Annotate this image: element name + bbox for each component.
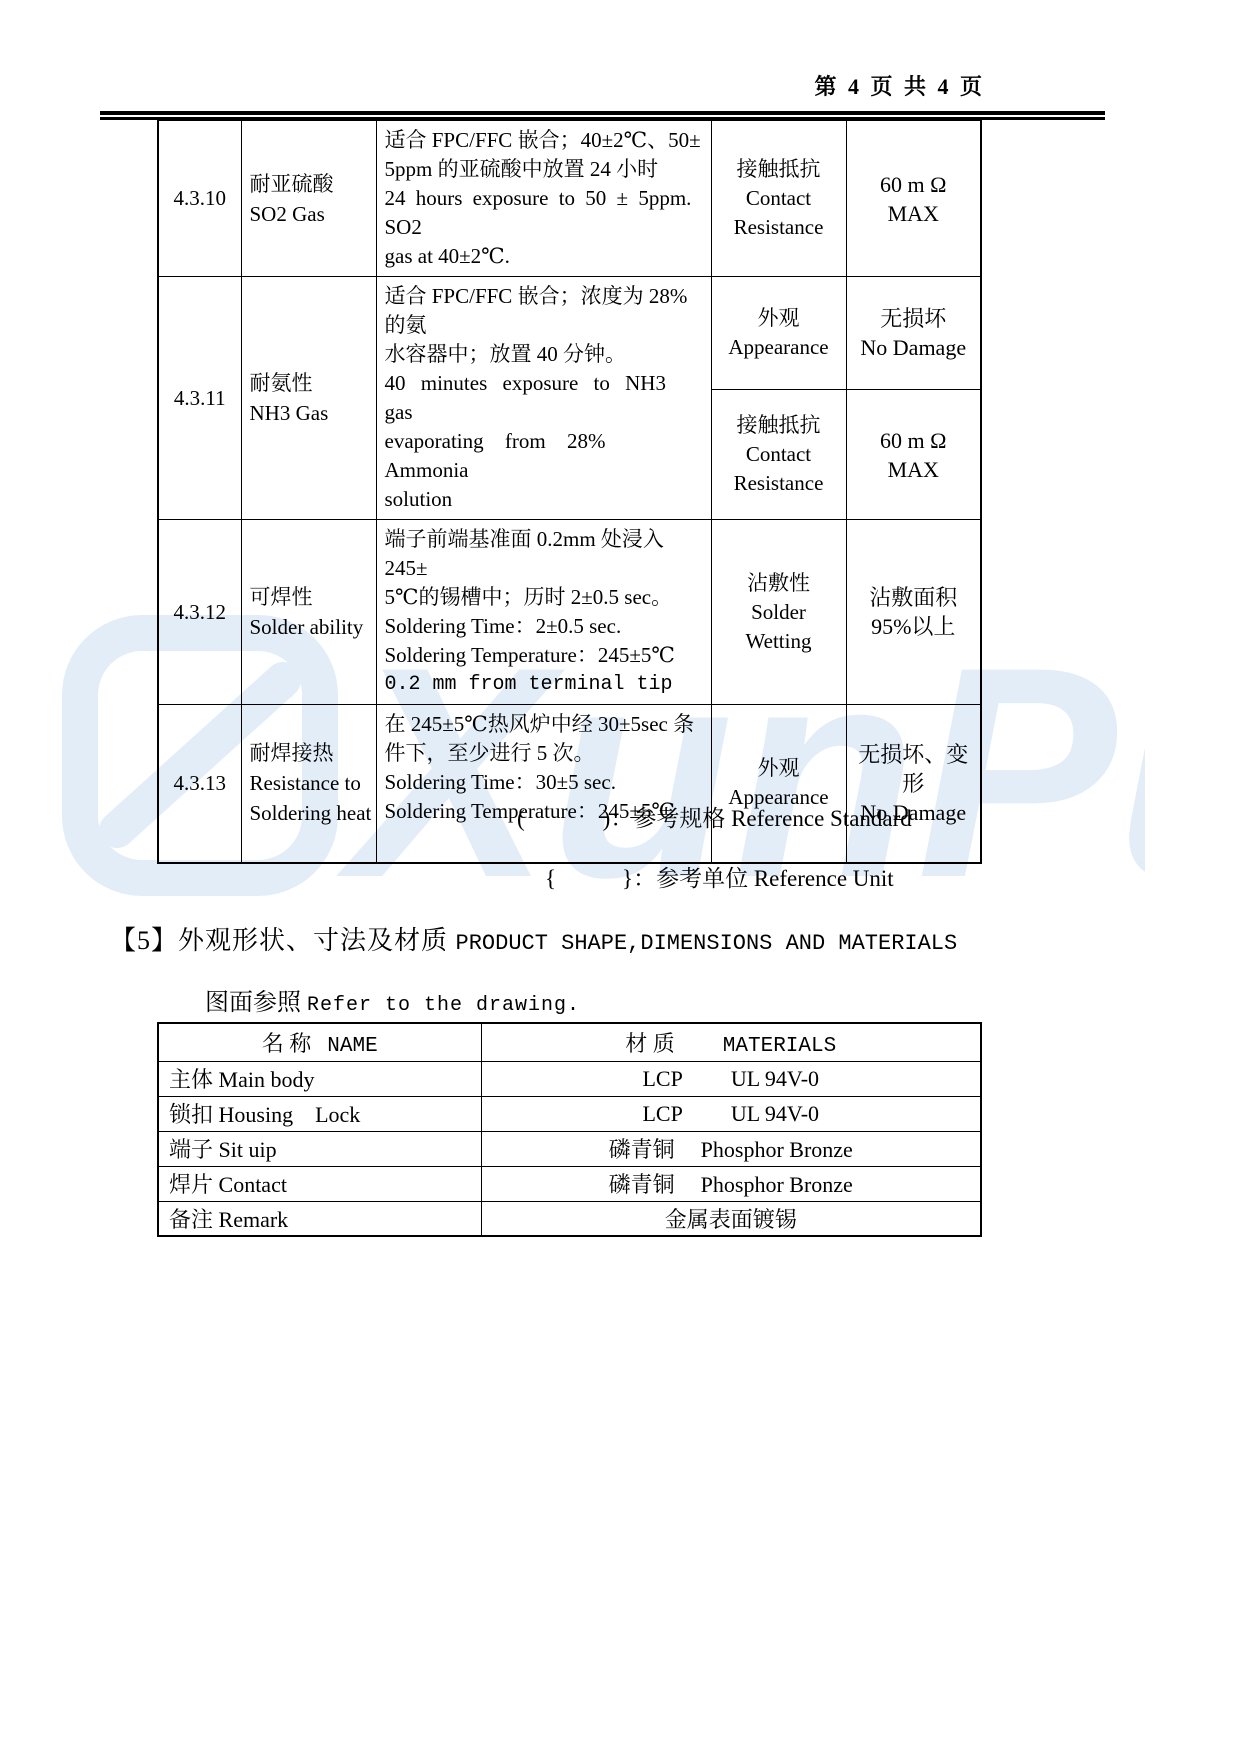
materials-row-terminal: 端子 Sit uip 磷青铜Phosphor Bronze xyxy=(158,1131,981,1166)
part-material: 金属表面镀锡 xyxy=(481,1201,981,1236)
part-name-zh: 焊片 xyxy=(169,1172,213,1197)
reference-standard-note: ()：参考规格 Reference Standard xyxy=(517,800,912,860)
header-name-zh: 名 称 xyxy=(262,1031,312,1056)
requirement-line: 无损坏、变形 xyxy=(851,740,977,798)
inspection-line: 接触抵抗 xyxy=(716,155,842,184)
inspection-line: Solder xyxy=(716,598,842,627)
test-name-en: SO2 Gas xyxy=(250,199,372,229)
spec-item-number: 4.3.11 xyxy=(158,277,241,520)
part-material: LCPUL 94V-0 xyxy=(481,1061,981,1096)
note-label-zh: 参考规格 xyxy=(633,806,725,831)
reference-notes: ()：参考规格 Reference Standard {}：参考单位 Refer… xyxy=(517,800,912,920)
test-name-en: Solder ability xyxy=(250,612,372,642)
spec-row-4-3-10: 4.3.10 耐亚硫酸 SO2 Gas 适合 FPC/FFC 嵌合；40±2℃、… xyxy=(158,120,981,277)
test-name-zh: 耐氨性 xyxy=(250,368,372,398)
section-index: 【5】 xyxy=(110,926,178,955)
condition-line: gas at 40±2℃. xyxy=(385,242,703,271)
inspection-line: Contact xyxy=(716,440,842,469)
test-name-en: Resistance to Soldering heat xyxy=(250,768,372,828)
close-bracket: } xyxy=(622,866,633,891)
condition-line: Soldering Temperature：245±5℃ xyxy=(385,641,703,670)
test-name-zh: 可焊性 xyxy=(250,582,372,612)
spec-requirement: 60 m Ω MAX xyxy=(846,120,981,277)
header-mat-en: MATERIALS xyxy=(723,1035,836,1058)
section-title-zh: 外观形状、寸法及材质 xyxy=(178,926,448,955)
requirement-line: MAX xyxy=(851,455,977,484)
condition-line: 在 245±5℃热风炉中经 30±5sec 条 xyxy=(385,710,703,739)
material-zh: 磷青铜 xyxy=(609,1172,675,1197)
condition-line: 水容器中；放置 40 分钟。 xyxy=(385,340,703,369)
material-zh: LCP xyxy=(642,1066,682,1091)
spec-inspection-item: 沾敷性 Solder Wetting xyxy=(711,520,846,705)
condition-line: 适合 FPC/FFC 嵌合；浓度为 28%的氨 xyxy=(385,282,703,340)
part-name: 主体 Main body xyxy=(158,1061,481,1096)
header-mat-zh: 材 质 xyxy=(625,1031,675,1056)
spec-row-4-3-11: 4.3.11 耐氨性 NH3 Gas 适合 FPC/FFC 嵌合；浓度为 28%… xyxy=(158,277,981,390)
requirement-line: 95%以上 xyxy=(851,612,977,641)
requirement-line: 60 m Ω xyxy=(851,426,977,455)
spec-requirement: 沾敷面积 95%以上 xyxy=(846,520,981,705)
material-en: Phosphor Bronze xyxy=(701,1172,853,1197)
part-name-en: Sit uip xyxy=(219,1137,277,1162)
section-title-en: PRODUCT SHAPE,DIMENSIONS AND MATERIALS xyxy=(456,931,958,956)
open-bracket: ( xyxy=(517,806,525,831)
inspection-line: Resistance xyxy=(716,213,842,242)
materials-row-contact: 焊片 Contact 磷青铜Phosphor Bronze xyxy=(158,1166,981,1201)
materials-row-main-body: 主体 Main body LCPUL 94V-0 xyxy=(158,1061,981,1096)
materials-header-name: 名 称NAME xyxy=(158,1023,481,1061)
part-material: 磷青铜Phosphor Bronze xyxy=(481,1131,981,1166)
spec-item-number: 4.3.10 xyxy=(158,120,241,277)
part-name-zh: 主体 xyxy=(169,1067,213,1092)
spec-requirement: 无损坏 No Damage xyxy=(846,277,981,390)
note-label-zh: 参考单位 xyxy=(656,866,748,891)
condition-line: 5ppm 的亚硫酸中放置 24 小时 xyxy=(385,155,703,184)
condition-line: 适合 FPC/FFC 嵌合；40±2℃、50± xyxy=(385,126,703,155)
condition-line: 0.2 mm from terminal tip xyxy=(385,670,703,699)
requirement-line: 无损坏 xyxy=(851,304,977,333)
condition-line: 件下，至少进行 5 次。 xyxy=(385,739,703,768)
condition-line: solution xyxy=(385,485,703,514)
section5-heading: 【5】外观形状、寸法及材质 PRODUCT SHAPE,DIMENSIONS A… xyxy=(110,920,957,957)
inspection-line: 沾敷性 xyxy=(716,569,842,598)
condition-line: 40 minutes exposure to NH3 gas xyxy=(385,369,703,427)
test-name-en: NH3 Gas xyxy=(250,398,372,428)
part-name-en: Main body xyxy=(219,1067,315,1092)
note-colon: ： xyxy=(633,866,656,891)
part-name-en: Housing Lock xyxy=(219,1102,361,1127)
note-label-en: Reference Unit xyxy=(754,866,894,891)
drawing-ref-en: Refer to the drawing. xyxy=(307,994,580,1017)
material-en: UL 94V-0 xyxy=(731,1101,819,1126)
test-name-zh: 耐亚硫酸 xyxy=(250,169,372,199)
materials-header-material: 材 质MATERIALS xyxy=(481,1023,981,1061)
spec-inspection-item: 外观 Appearance xyxy=(711,277,846,390)
spec-test-condition: 适合 FPC/FFC 嵌合；40±2℃、50± 5ppm 的亚硫酸中放置 24 … xyxy=(376,120,711,277)
material-en: UL 94V-0 xyxy=(731,1066,819,1091)
part-name-zh: 锁扣 xyxy=(169,1102,213,1127)
header-name-en: NAME xyxy=(327,1035,377,1058)
condition-line: 5℃的锡槽中；历时 2±0.5 sec。 xyxy=(385,583,703,612)
spec-test-condition: 适合 FPC/FFC 嵌合；浓度为 28%的氨 水容器中；放置 40 分钟。 4… xyxy=(376,277,711,520)
reference-unit-note: {}：参考单位 Reference Unit xyxy=(545,860,912,920)
document-page: XunPu 第 4 页 共 4 页 4.3.10 耐亚硫酸 SO2 Gas 适合… xyxy=(0,0,1240,1754)
spec-test-condition: 端子前端基准面 0.2mm 处浸入 245± 5℃的锡槽中；历时 2±0.5 s… xyxy=(376,520,711,705)
spec-test-name: 耐氨性 NH3 Gas xyxy=(241,277,376,520)
inspection-line: 接触抵抗 xyxy=(716,411,842,440)
materials-row-remark: 备注 Remark 金属表面镀锡 xyxy=(158,1201,981,1236)
drawing-ref-zh: 图面参照 xyxy=(205,990,301,1016)
test-spec-table: 4.3.10 耐亚硫酸 SO2 Gas 适合 FPC/FFC 嵌合；40±2℃、… xyxy=(157,119,982,864)
inspection-line: Wetting xyxy=(716,627,842,656)
requirement-line: MAX xyxy=(851,199,977,228)
material-note: 金属表面镀锡 xyxy=(665,1207,797,1232)
part-name-zh: 备注 xyxy=(169,1207,213,1232)
spec-inspection-item: 接触抵抗 Contact Resistance xyxy=(711,390,846,520)
header-rule xyxy=(100,111,1105,120)
spec-test-name: 可焊性 Solder ability xyxy=(241,520,376,705)
part-name-en: Remark xyxy=(219,1207,289,1232)
part-material: LCPUL 94V-0 xyxy=(481,1096,981,1131)
materials-row-housing-lock: 锁扣 Housing Lock LCPUL 94V-0 xyxy=(158,1096,981,1131)
material-zh: 磷青铜 xyxy=(609,1137,675,1162)
condition-line: 端子前端基准面 0.2mm 处浸入 245± xyxy=(385,525,703,583)
requirement-line: 60 m Ω xyxy=(851,170,977,199)
open-bracket: { xyxy=(545,866,556,891)
requirement-line: 沾敷面积 xyxy=(851,583,977,612)
inspection-line: Resistance xyxy=(716,469,842,498)
inspection-line: 外观 xyxy=(716,754,842,783)
test-name-zh: 耐焊接热 xyxy=(250,738,372,768)
condition-line: Soldering Time：2±0.5 sec. xyxy=(385,612,703,641)
page-number: 第 4 页 共 4 页 xyxy=(814,70,985,101)
material-zh: LCP xyxy=(642,1101,682,1126)
spec-item-number: 4.3.13 xyxy=(158,705,241,863)
materials-header-row: 名 称NAME 材 质MATERIALS xyxy=(158,1023,981,1061)
note-colon: ： xyxy=(610,806,633,831)
part-name: 焊片 Contact xyxy=(158,1166,481,1201)
inspection-line: Contact xyxy=(716,184,842,213)
part-name-zh: 端子 xyxy=(169,1137,213,1162)
materials-table: 名 称NAME 材 质MATERIALS 主体 Main body LCPUL … xyxy=(157,1022,982,1237)
part-name: 端子 Sit uip xyxy=(158,1131,481,1166)
note-label-en: Reference Standard xyxy=(731,806,912,831)
spec-test-name: 耐亚硫酸 SO2 Gas xyxy=(241,120,376,277)
part-name: 备注 Remark xyxy=(158,1201,481,1236)
material-en: Phosphor Bronze xyxy=(701,1137,853,1162)
spec-row-4-3-12: 4.3.12 可焊性 Solder ability 端子前端基准面 0.2mm … xyxy=(158,520,981,705)
condition-line: evaporating from 28% Ammonia xyxy=(385,427,703,485)
requirement-line: No Damage xyxy=(851,333,977,362)
spec-test-name: 耐焊接热 Resistance to Soldering heat xyxy=(241,705,376,863)
inspection-line: 外观 xyxy=(716,304,842,333)
spec-inspection-item: 接触抵抗 Contact Resistance xyxy=(711,120,846,277)
part-name: 锁扣 Housing Lock xyxy=(158,1096,481,1131)
part-material: 磷青铜Phosphor Bronze xyxy=(481,1166,981,1201)
inspection-line: Appearance xyxy=(716,333,842,362)
spec-item-number: 4.3.12 xyxy=(158,520,241,705)
condition-line: 24 hours exposure to 50 ± 5ppm. SO2 xyxy=(385,184,703,242)
drawing-reference: 图面参照 Refer to the drawing. xyxy=(205,982,580,1017)
condition-line: Soldering Time：30±5 sec. xyxy=(385,768,703,797)
spec-requirement: 60 m Ω MAX xyxy=(846,390,981,520)
part-name-en: Contact xyxy=(219,1172,287,1197)
